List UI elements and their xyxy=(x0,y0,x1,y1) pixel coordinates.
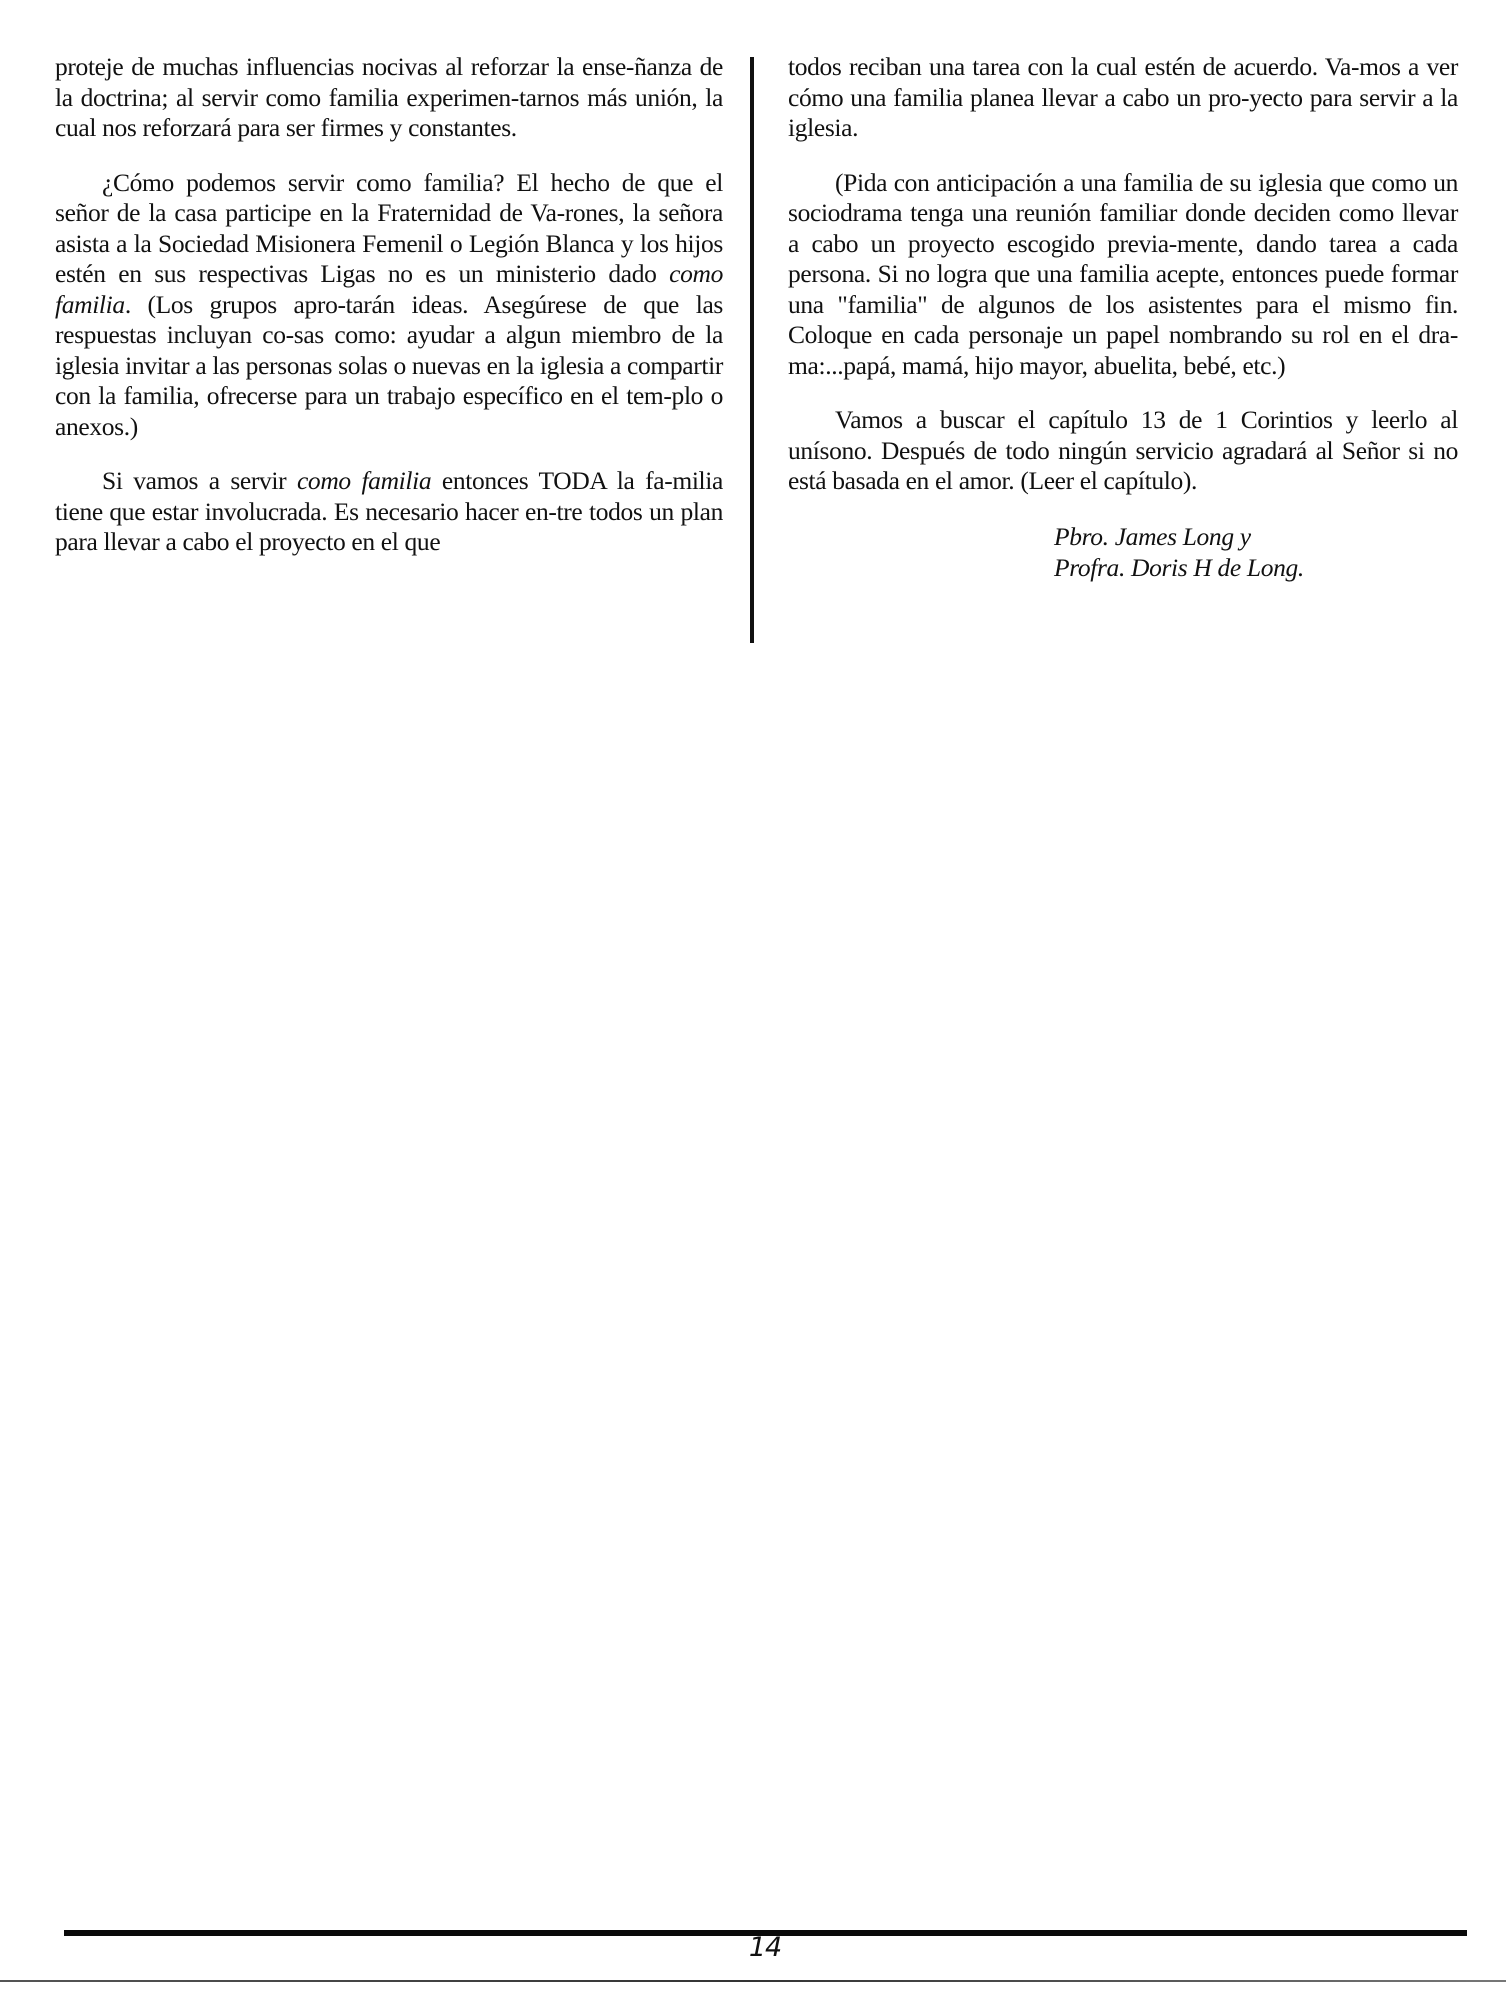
paragraph-text: ¿Cómo podemos servir como familia? El he… xyxy=(55,168,723,289)
signature-line: Profra. Doris H de Long. xyxy=(1054,552,1458,583)
paragraph-text: Vamos a buscar el capítulo 13 de 1 Corin… xyxy=(788,405,1458,495)
paragraph: Si vamos a servir como familia entonces … xyxy=(55,466,723,558)
column-divider xyxy=(750,57,754,643)
paragraph: Vamos a buscar el capítulo 13 de 1 Corin… xyxy=(788,405,1458,497)
signature: Pbro. James Long y Profra. Doris H de Lo… xyxy=(1054,521,1458,583)
emphasis-text: como familia xyxy=(297,466,431,495)
right-column: todos reciban una tarea con la cual esté… xyxy=(788,52,1458,583)
paragraph: proteje de muchas influencias nocivas al… xyxy=(55,52,723,144)
left-column: proteje de muchas influencias nocivas al… xyxy=(55,52,723,558)
page-number: 14 xyxy=(740,1933,790,1963)
paragraph-text: . (Los grupos apro-tarán ideas. Asegúres… xyxy=(55,290,723,441)
signature-line: Pbro. James Long y xyxy=(1054,521,1458,552)
paragraph: (Pida con anticipación a una familia de … xyxy=(788,168,1458,382)
paragraph-text: proteje de muchas influencias nocivas al… xyxy=(55,52,723,142)
paragraph-text: Si vamos a servir xyxy=(102,466,297,495)
paragraph-text: todos reciban una tarea con la cual esté… xyxy=(788,52,1458,142)
paragraph: ¿Cómo podemos servir como familia? El he… xyxy=(55,168,723,443)
paragraph: todos reciban una tarea con la cual esté… xyxy=(788,52,1458,144)
paragraph-text: (Pida con anticipación a una familia de … xyxy=(788,168,1458,380)
scan-edge-line xyxy=(0,1980,1506,1982)
